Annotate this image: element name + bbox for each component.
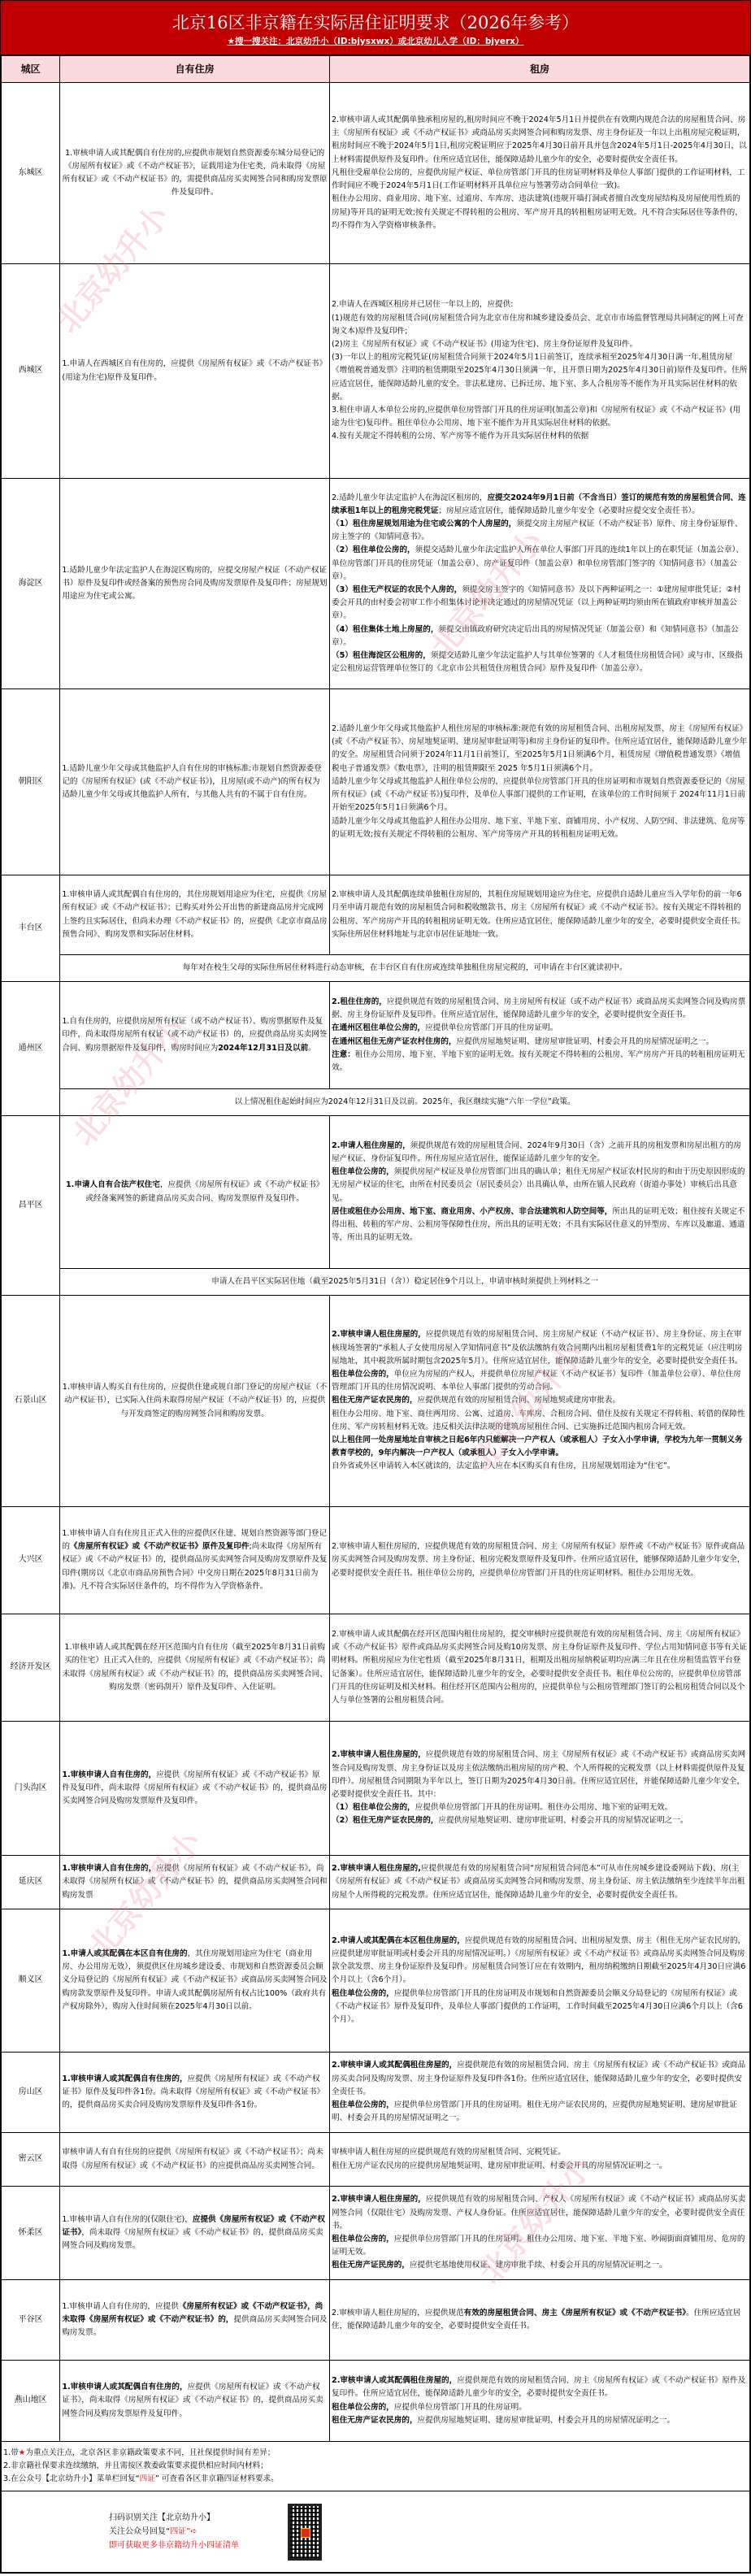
- own-housing-cell: 1.审核申请人或其配偶自有住房的，应提供《房屋所有权证》或《不动产权证书》，尚未…: [60, 2361, 330, 2442]
- table-row-tongzhou: 通州区 1.自有住房的，应提供房屋所有权证（或不动产权证书）、购房票据原件及复印…: [2, 982, 750, 1089]
- rent-item: 租住单位公房的，单位应为房屋的产权人，并提供单位房屋产权证（不动产权证书）复印件…: [332, 1368, 748, 1394]
- column-header-own: 自有住房: [60, 56, 330, 83]
- rent-item: 以上租住同一处房屋地址自审核之日起6年内只能解决一户产权人（或承租人）子女入小学…: [332, 1434, 748, 1460]
- footnote-1: 1.带★为重点关注点，北京各区非京籍政策要求不同，且社保提供时间有差异；: [3, 2447, 748, 2460]
- footnotes: 1.带★为重点关注点，北京各区非京籍政策要求不同，且社保提供时间有差异； 2.非…: [2, 2442, 750, 2491]
- rent-item: （2）租住无房产证农民房的，应提供房屋地契证明、建房审批证明、村委会开具的房屋情…: [332, 1814, 748, 1827]
- district-name: 平谷区: [2, 2280, 60, 2361]
- own-housing-cell: 1.审核申请人自有住房的，应提供《房屋所有权证》或《不动产权证书》，尚未取得《房…: [60, 1856, 330, 1909]
- rent-paragraph: (2)房主《房屋所有权证》或《不动产权证书》(用途为住宅)、房主身份证原件及复印…: [332, 338, 748, 351]
- rent-housing-cell: 2.适龄儿童少年父母或其他监护人租住房屋的审核标准:规范有效的房屋租赁合同、出租…: [330, 689, 750, 875]
- table-row-haidian: 海淀区 1.适龄儿童少年法定监护人在海淀区购房的，应提交房屋产权证（不动产权证书…: [2, 479, 750, 689]
- own-housing-cell: 1.审核申请人自有住房且正式入住的应提供区住建、规划自然资源等部门登记的《房屋所…: [60, 1507, 330, 1614]
- rent-item: 租住单位公房的，应提供单位房管部门开具的住房证明及市规划和自然资源委员会顺义分局…: [332, 1987, 748, 2027]
- column-header-district: 城区: [2, 56, 60, 83]
- table-row-fengtai: 丰台区 1.审核申请人或其配偶自有住房的，其住房规划用途应为住宅，应提供《房屋所…: [2, 875, 750, 955]
- page-subtitle: ★搜一搜关注：北京幼升小（ID:bjysxwx）或北京幼儿入学（ID：bjyer…: [1, 35, 750, 47]
- rent-housing-cell: 2.审核申请人或其配偶租住房屋的，应提供规范有效的房屋租赁合同、房主《房屋所有权…: [330, 2053, 750, 2133]
- table-row-pinggu: 平谷区 1.审核申请人自有住房的，应提供《房屋所有权证》或《不动产权证书》，尚未…: [2, 2280, 750, 2361]
- district-name: 怀柔区: [2, 2187, 60, 2280]
- district-name: 丰台区: [2, 875, 60, 982]
- qr-line-1: 扫码识别关注【北京幼升小】: [109, 2511, 239, 2525]
- rent-paragraph: 租住办公用房、商业用房、地下室、过道房、车库房、违法建筑(违规开墙打洞或者擅自改…: [332, 193, 748, 232]
- own-housing-cell: 1.适龄儿童少年父母或其他监护人自有住房的审核标准:市规划自然资源委登记的《房屋…: [60, 689, 330, 875]
- own-housing-cell: 1.审核申请人或其配偶自有住房的，应提供《房屋所有权证》或《不动产权证书》原件及…: [60, 2053, 330, 2133]
- rent-item: （5）租住海淀区公租房的，须提交适龄儿童少年法定监护人与其单位签署的《人才租赁住…: [332, 649, 748, 675]
- rent-housing-cell: 2.审核申请人租住房屋的，应提供规范有效的房屋租赁合同、房主《房屋所有权证》或《…: [330, 1722, 750, 1856]
- table-row-fangshan: 房山区 1.审核申请人或其配偶自有住房的，应提供《房屋所有权证》或《不动产权证书…: [2, 2053, 750, 2133]
- rent-paragraph: (1)规范有效的房屋租赁合同(房屋租赁合同为北京市住房和城乡建设委员会、北京市市…: [332, 312, 748, 338]
- district-name: 朝阳区: [2, 689, 60, 875]
- district-name: 密云区: [2, 2133, 60, 2187]
- own-housing-cell: 1.适龄儿童少年法定监护人在海淀区购房的，应提交房屋产权证（不动产权证书）原件及…: [60, 479, 330, 689]
- requirements-table: 城区 自有住房 租房 东城区 1.审核申请人或其配偶自有住房的,应提供市规划自然…: [1, 55, 750, 2573]
- table-row-fengtai-note: 每年对在校生父母的实际住所居住材料进行动态审核，在丰台区自有住房或连续单独租住房…: [2, 955, 750, 982]
- district-name: 昌平区: [2, 1116, 60, 1296]
- rent-housing-cell: 2.审核申请人租住房屋的，应提供规范有效的房屋租赁合同、房主房屋产权证（不动产权…: [330, 1296, 750, 1507]
- own-housing-cell: 审核申请人有自有住房的应提供《房屋所有权证》或《不动产权证书》；尚未取得《房屋所…: [60, 2133, 330, 2187]
- own-housing-cell: 1.申请人自有合法产权住宅，应提供《房屋所有权证》或《不动产权证书》或经备案网签…: [60, 1116, 330, 1269]
- rent-paragraph: 4.按有关规定不得转租的公房、军产房等不能作为开具实际居住材料的依据: [332, 430, 748, 443]
- rent-housing-cell: 2.审核申请人或其配偶租住房屋的，应提供规范有效的房屋租赁合同、房主《房屋所有权…: [330, 2361, 750, 2442]
- rent-item: 2.审核申请人租住房屋的，应提供规范有效的房屋租赁合同、房主房屋产权证（不动产权…: [332, 1328, 748, 1368]
- rent-item: （1）租住房屋规划用途为住宅或公寓的个人房屋的，须提交房主房屋产权证（不动产权证…: [332, 518, 748, 544]
- rent-item: 2.审核申请人租住房屋的，应提供规范有效的房屋租赁合同、房主《房屋所有权证》或《…: [332, 1748, 748, 1801]
- table-row-huairou: 怀柔区 1.审核申请人自有住房的(仅限住宅)，应提供《房屋所有权证》或《不动产权…: [2, 2187, 750, 2280]
- district-name: 延庆区: [2, 1856, 60, 1909]
- qr-code-icon[interactable]: [288, 2504, 322, 2561]
- rent-housing-cell: 审核申请人租住房屋的应提供规范有效的房屋租赁合同、完税凭证。 租住无房产证农民房…: [330, 2133, 750, 2187]
- table-row-yanqing: 延庆区 1.审核申请人自有住房的，应提供《房屋所有权证》或《不动产权证书》，尚未…: [2, 1856, 750, 1909]
- district-note: 每年对在校生父母的实际住所居住材料进行动态审核，在丰台区自有住房或连续单独租住房…: [60, 955, 750, 982]
- rent-item: 居住或租住办公用房、地下室、商业用房、小产权房、非合法建筑和人防空间等，所出具的…: [332, 1205, 748, 1245]
- title-bar: 北京16区非京籍在实际居住证明要求（2026年参考） ★搜一搜关注：北京幼升小（…: [1, 1, 750, 55]
- rent-item: 租住单位公房的，应提供单位房管部门开具的住房证明。租住办公用房、地下室、半地下室…: [332, 2233, 748, 2259]
- district-name: 门头沟区: [2, 1722, 60, 1856]
- qr-line-2: 关注公众号回复“四证”➪: [109, 2525, 239, 2539]
- district-name: 大兴区: [2, 1507, 60, 1614]
- table-row-changping-note: 申请人在昌平区实际居住地（截至2025年5月31日（含））稳定居住9个月以上，申…: [2, 1269, 750, 1296]
- table-row-dongcheng: 东城区 1.审核申请人或其配偶自有住房的,应提供市规划自然资源委东城分局登记的《…: [2, 83, 750, 264]
- rent-item: 租住单位公房的，应提供单位房管部门开具的住房证明。租住无房产证农民房的，应提供房…: [332, 2099, 748, 2125]
- rent-item: 在通州区租住无房产证农村住房的，应提供房屋地契证明、建房屋审批证明、村委会开具的…: [332, 1036, 748, 1049]
- rent-paragraph: 适龄儿童少年父母或其他监护人租住单位公房的，应提供单位房管部门开具的住房证明和市…: [332, 775, 748, 815]
- footnote-2: 2.非京籍社保要求连续缴纳，并且需按区教委政策要求提供相应时间内材料；: [3, 2460, 748, 2473]
- table-row-miyun: 密云区 审核申请人有自有住房的应提供《房屋所有权证》或《不动产权证书》；尚未取得…: [2, 2133, 750, 2187]
- rent-paragraph: (3)一年以上的租房完税凭证(房屋租赁合同须于2024年5月1日前签订，连续承租…: [332, 351, 748, 404]
- rent-item: 租住无房产证民房的，应提供宅基地使用权证、建房审批手续、村委会开具的房屋情况证明…: [332, 2259, 748, 2272]
- rent-paragraph: 2.适龄儿童少年法定监护人在海淀区租房的，应提交2024年9月1日前（不含当日）…: [332, 492, 748, 518]
- table-row-mentougou: 门头沟区 1.审核申请人自有住房的，应提供《房屋所有权证》或《不动产权证书》原件…: [2, 1722, 750, 1856]
- table-row-yanshan: 燕山地区 1.审核申请人或其配偶自有住房的，应提供《房屋所有权证》或《不动产权证…: [2, 2361, 750, 2442]
- district-note: 申请人在昌平区实际居住地（截至2025年5月31日（含））稳定居住9个月以上，申…: [60, 1269, 750, 1296]
- district-name: 西城区: [2, 264, 60, 479]
- rent-item: （3）租住无产权证的农民个人房的，须提交房主签字的《知情同意书》及以下两种证明之…: [332, 584, 748, 623]
- rent-item: 租住无房产证农民房的，应提供房屋地契证明、建房屋审批证明、村委会开具的房屋情况证…: [332, 2414, 748, 2427]
- district-name: 房山区: [2, 2053, 60, 2133]
- table-row-shijingshan: 石景山区 1.审核申请人购买自有住房的，应提供住建或规自部门登记的房屋产权证（不…: [2, 1296, 750, 1507]
- rent-housing-cell: 2.适龄儿童少年法定监护人在海淀区租房的，应提交2024年9月1日前（不含当日）…: [330, 479, 750, 689]
- rent-housing-cell: 2.租住住房的，应提供规范有效的房屋租赁合同、房主房屋所有权证（或不动产权证书）…: [330, 982, 750, 1089]
- rent-housing-cell: 2.审核申请人或其配偶单独承租房屋的,租房时间应不晚于2024年5月1日并提供在…: [330, 83, 750, 264]
- district-name: 通州区: [2, 982, 60, 1116]
- rent-item: 租住单位公房的，应提供单位房管部门开具的住房证明。: [332, 2401, 748, 2414]
- own-housing-cell: 1.审核申请人自有住房的，应提供《房屋所有权证》或《不动产权证书》，尚未取得《房…: [60, 2280, 330, 2361]
- own-housing-cell: 1.审核申请人自有住房的(仅限住宅)，应提供《房屋所有权证》或《不动产权证书》，…: [60, 2187, 330, 2280]
- rent-item: 在通州区租住单位公房的，应提供单位房管部门开具的住房证明。: [332, 1022, 748, 1035]
- notes-row: 1.带★为重点关注点，北京各区非京籍政策要求不同，且社保提供时间有差异； 2.非…: [2, 2442, 750, 2491]
- rent-paragraph: 3.租住申请人本单位公房的,应提供单位房管部门开具的住房证明(加盖公章)和《房屋…: [332, 404, 748, 430]
- district-name: 燕山地区: [2, 2361, 60, 2442]
- rent-housing-cell: 2.审核申请人或其配偶在经开区范围内租住房屋的，提交审核时应提供规范有效的房屋租…: [330, 1614, 750, 1722]
- table-row-chaoyang: 朝阳区 1.适龄儿童少年父母或其他监护人自有住房的审核标准:市规划自然资源委登记…: [2, 689, 750, 875]
- rent-item: （4）租住集体土地上房屋的，须提交由镇政府研究决定后出具的房屋情况凭证（加盖公章…: [332, 623, 748, 649]
- rent-paragraph: 租住无房产证农民房的应提供房屋地契证明、建房屋审批证明、村委会开具的房屋情况证明…: [332, 2160, 748, 2173]
- rent-item: 租住办公用房、地下室、商住两用房、公寓、过道房、车库房、合租房合同、借住及按有关…: [332, 1408, 748, 1434]
- district-name: 海淀区: [2, 479, 60, 689]
- table-row-xicheng: 西城区 1.申请人在西城区自有住房的，应提供《房屋所有权证》或《不动产权证书》(…: [2, 264, 750, 479]
- own-housing-cell: 1.审核申请人或其配偶在经开区范围内自有住房（截至2025年8月31日前购买的住…: [60, 1614, 330, 1722]
- table-row-daxing: 大兴区 1.审核申请人自有住房且正式入住的应提供区住建、规划自然资源等部门登记的…: [2, 1507, 750, 1614]
- district-name: 石景山区: [2, 1296, 60, 1507]
- rent-item: 2.租住住房的，应提供规范有效的房屋租赁合同、房主房屋所有权证（或不动产权证书）…: [332, 996, 748, 1022]
- rent-housing-cell: 2.审核申请人租住房屋的，应提供规范有效的房屋租赁合同、房主《房屋所有权证》或《…: [330, 2280, 750, 2361]
- rent-item: 2.申请人租住房屋的，须提供规范有效的房屋租赁合同、2024年9月30日（含）之…: [332, 1140, 748, 1166]
- own-housing-cell: 1.自有住房的，应提供房屋所有权证（或不动产权证书）、购房票据原件及复印件，尚未…: [60, 982, 330, 1089]
- rent-housing-cell: 2.审核申请人租住房屋的，应提供规范有效的房屋租赁合同、房主《房屋所有权证》原件…: [330, 1507, 750, 1614]
- rent-paragraph: 2.审核申请人或其配偶单独承租房屋的,租房时间应不晚于2024年5月1日并提供在…: [332, 114, 748, 167]
- own-housing-cell: 1.申请人在西城区自有住房的，应提供《房屋所有权证》或《不动产权证书》(用途为住…: [60, 264, 330, 479]
- footnote-3: 3.在公众号【北京幼升小】菜单栏回复“四证” 可查看各区非京籍四证材料要求。: [3, 2473, 748, 2486]
- column-header-rent: 租房: [330, 56, 750, 83]
- table-row-jingkai: 经济开发区 1.审核申请人或其配偶在经开区范围内自有住房（截至2025年8月31…: [2, 1614, 750, 1722]
- rent-housing-cell: 2.审核申请人及其配偶连续单独租住房屋的，其租住房屋规划用途应为住宅，应提供自适…: [330, 875, 750, 955]
- rent-item: 2.申请人或其配偶在本区租住房屋的，应提供规范有效的房屋租赁合同、出租房屋发票、…: [332, 1935, 748, 1987]
- table-header-row: 城区 自有住房 租房: [2, 56, 750, 83]
- page-title: 北京16区非京籍在实际居住证明要求（2026年参考）: [1, 12, 750, 33]
- district-name: 经济开发区: [2, 1614, 60, 1722]
- district-note: 以上情况租住起始时间应为2024年12月31日及以前。2025年，我区继续实施“…: [60, 1089, 750, 1116]
- own-housing-cell: 1.审核申请人购买自有住房的，应提供住建或规自部门登记的房屋产权证（不动产权证书…: [60, 1296, 330, 1507]
- rent-item: 注意：租住办公用房、地下室、半地下室的证明无效。按有关规定不得转租的公租房、军产…: [332, 1049, 748, 1075]
- rent-housing-cell: 2.申请人在西城区租房并已居住一年以上的，应提供: (1)规范有效的房屋租赁合同…: [330, 264, 750, 479]
- table-row-shunyi: 顺义区 1.申请人或其配偶在本区自有住房的，其住房规划用途应为住宅（商业用房、办…: [2, 1909, 750, 2053]
- rent-housing-cell: 2.申请人租住房屋的，须提供规范有效的房屋租赁合同、2024年9月30日（含）之…: [330, 1116, 750, 1269]
- rent-paragraph: 审核申请人租住房屋的应提供规范有效的房屋租赁合同、完税凭证。: [332, 2146, 748, 2159]
- own-housing-cell: 1.审核申请人或其配偶自有住房的，其住房规划用途应为住宅，应提供《房屋所有权证》…: [60, 875, 330, 955]
- own-housing-cell: 1.审核申请人自有住房的，应提供《房屋所有权证》或《不动产权证书》原件及复印件，…: [60, 1722, 330, 1856]
- qr-section: 扫码识别关注【北京幼升小】 关注公众号回复“四证”➪ 即可获取更多非京籍幼升小四…: [2, 2491, 750, 2573]
- qr-logo-icon: [301, 2528, 310, 2538]
- rent-item: 2.审核申请人或其配偶租住房屋的，应提供规范有效的房屋租赁合同、房主《房屋所有权…: [332, 2374, 748, 2400]
- table-row-changping: 昌平区 1.申请人自有合法产权住宅，应提供《房屋所有权证》或《不动产权证书》或经…: [2, 1116, 750, 1269]
- document-page: 北京16区非京籍在实际居住证明要求（2026年参考） ★搜一搜关注：北京幼升小（…: [0, 0, 751, 2574]
- table-row-tongzhou-note: 以上情况租住起始时间应为2024年12月31日及以前。2025年，我区继续实施“…: [2, 1089, 750, 1116]
- qr-caption: 扫码识别关注【北京幼升小】 关注公众号回复“四证”➪ 即可获取更多非京籍幼升小四…: [109, 2511, 239, 2552]
- district-name: 顺义区: [2, 1909, 60, 2053]
- rent-item: （2）租住单位公房的，须提交适龄儿童少年法定监护人所在单位人事部门开具的连续1年…: [332, 544, 748, 584]
- rent-paragraph: 2.申请人在西城区租房并已居住一年以上的，应提供:: [332, 298, 748, 311]
- rent-housing-cell: 2.申请人或其配偶在本区租住房屋的，应提供规范有效的房屋租赁合同、出租房屋发票、…: [330, 1909, 750, 2053]
- rent-housing-cell: 2.审核申请人租住房屋的，应提供规范有效的房屋租赁合同、产权人《房屋所有权证》或…: [330, 2187, 750, 2280]
- rent-paragraph: 适龄儿童少年父母或其他监护人租住办公用房、地下室、半地下室、商铺用房、小产权房、…: [332, 815, 748, 841]
- own-housing-cell: 1.审核申请人或其配偶自有住房的,应提供市规划自然资源委东城分局登记的《房屋所有…: [60, 83, 330, 264]
- district-name: 东城区: [2, 83, 60, 264]
- rent-item: 租住无房产证农民房的，应提供规范有效的房屋租赁合同、房屋地契或建房审批表。: [332, 1394, 748, 1407]
- rent-item: 租住单位公房的，须提供房屋产权证及单位房管部门出具的确认单；租住无房屋产权证农村…: [332, 1166, 748, 1205]
- qr-row: 扫码识别关注【北京幼升小】 关注公众号回复“四证”➪ 即可获取更多非京籍幼升小四…: [2, 2491, 750, 2573]
- rent-item: 自外省或外区申请转入本区就读的，法定监护人应在本区购买自有住房，且房屋规划用途为…: [332, 1460, 748, 1473]
- rent-item: 2.审核申请人或其配偶租住房屋的，应提供规范有效的房屋租赁合同、房主《房屋所有权…: [332, 2059, 748, 2099]
- rent-paragraph: 2.适龄儿童少年父母或其他监护人租住房屋的审核标准:规范有效的房屋租赁合同、出租…: [332, 723, 748, 775]
- own-housing-cell: 1.申请人或其配偶在本区自有住房的，其住房规划用途应为住宅（商业用房、办公用房无…: [60, 1909, 330, 2053]
- rent-item: 2.审核申请人租住房屋的，应提供规范有效的房屋租赁合同、产权人《房屋所有权证》或…: [332, 2193, 748, 2233]
- rent-housing-cell: 2.审核申请人租住房屋的,应提供规范有效的房屋租赁合同“房屋租赁合同范本”可从市…: [330, 1856, 750, 1909]
- qr-line-3: 即可获取更多非京籍幼升小四证清单: [109, 2539, 239, 2552]
- rent-item: （1）租住单位公房的，应提供单位房管部门开具的住房证明。租住办公用房、地下室的证…: [332, 1801, 748, 1814]
- rent-paragraph: 凡租住受雇单位公房的，应提供房屋产权证、单位房管部门开具的住房证明材料及单位人事…: [332, 167, 748, 193]
